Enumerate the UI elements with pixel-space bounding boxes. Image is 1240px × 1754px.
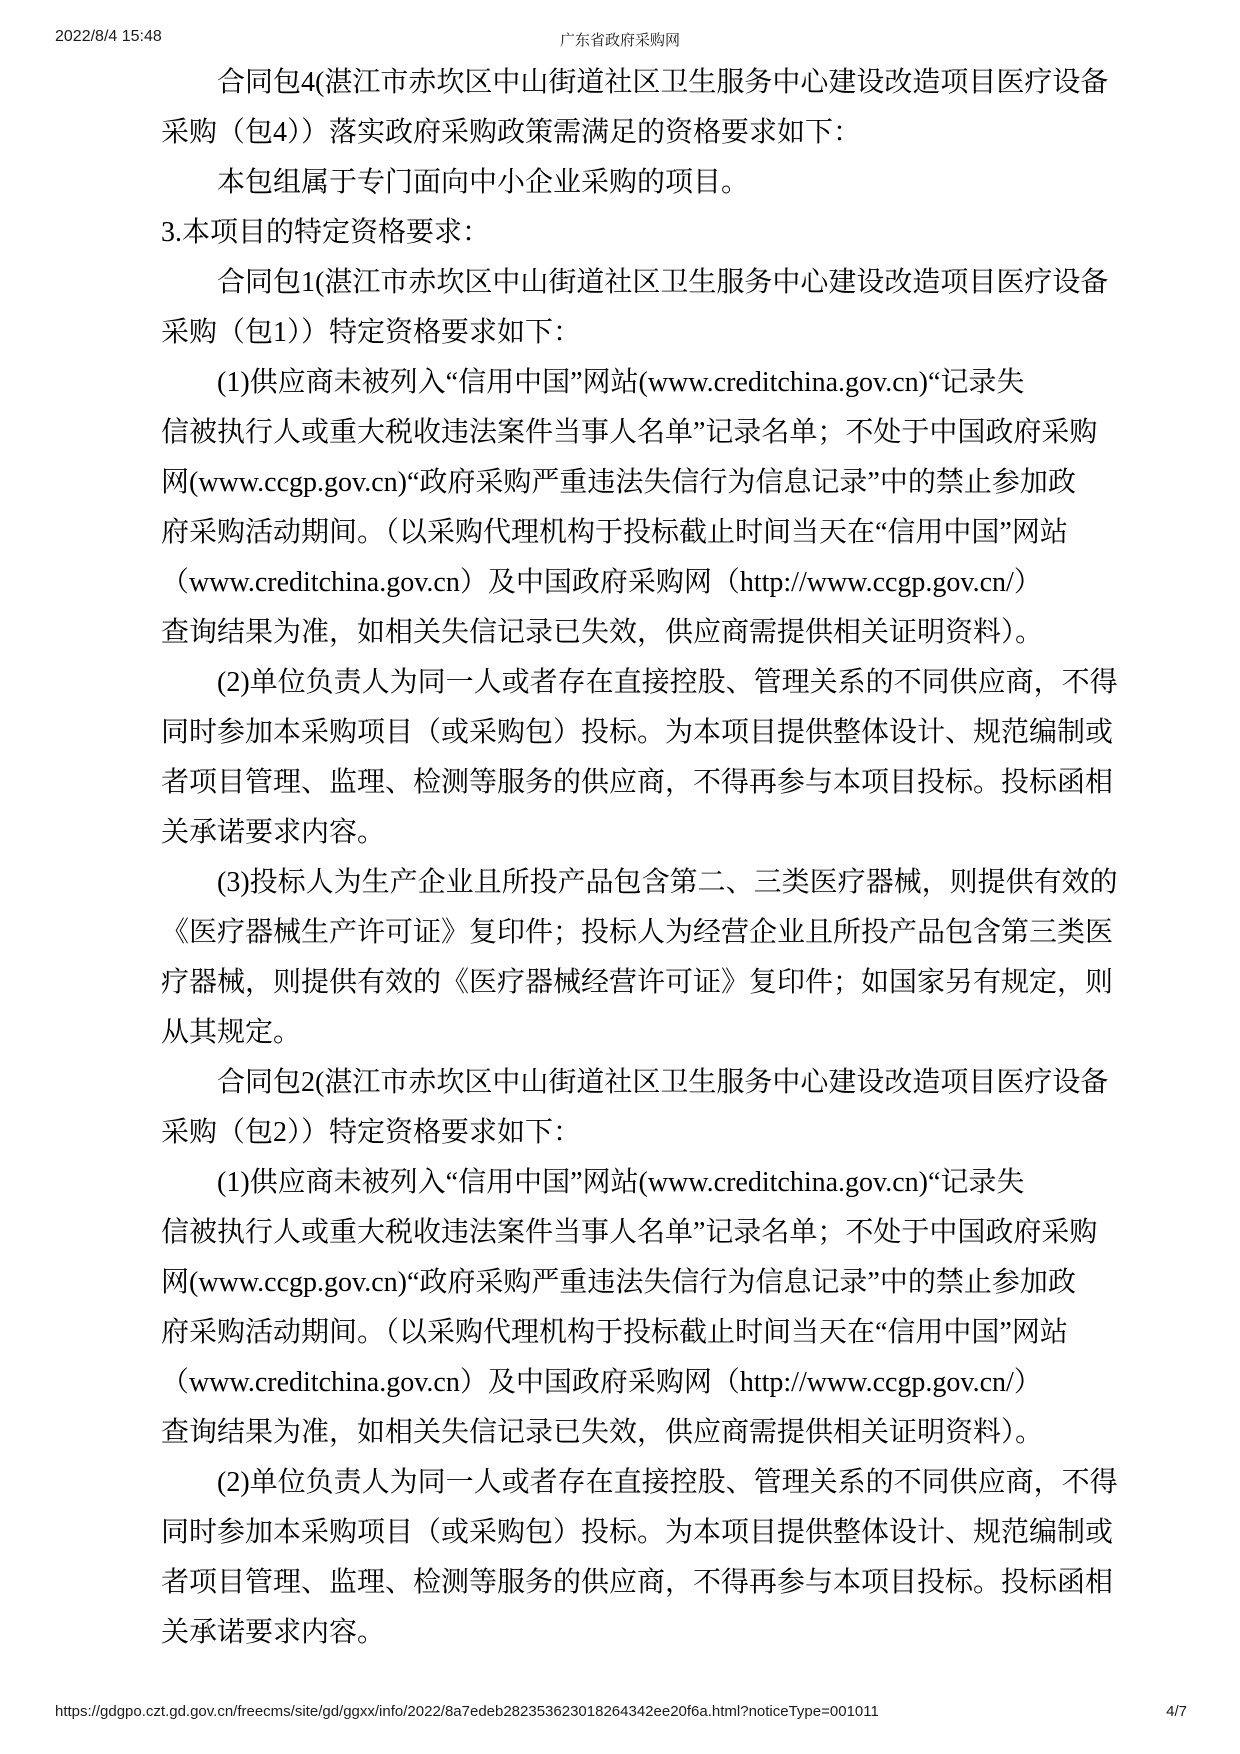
document-line: 3.本项目的特定资格要求： [161,208,1111,258]
source-url: https://gdgpo.czt.gd.gov.cn/freecms/site… [55,1703,879,1720]
document-line: 网(www.ccgp.gov.cn)“政府采购严重违法失信行为信息记录”中的禁止… [161,458,1111,508]
document-line: 府采购活动期间。（以采购代理机构于投标截止时间当天在“信用中国”网站 [161,508,1111,558]
document-line: 查询结果为准，如相关失信记录已失效，供应商需提供相关证明资料）。 [161,608,1111,658]
document-line: 合同包4(湛江市赤坎区中山街道社区卫生服务中心建设改造项目医疗设备 [161,58,1111,108]
document-body: 合同包4(湛江市赤坎区中山街道社区卫生服务中心建设改造项目医疗设备采购（包4））… [161,58,1111,1658]
document-line: (2)单位负责人为同一人或者存在直接控股、管理关系的不同供应商，不得 [161,658,1111,708]
document-line: 采购（包4））落实政府采购政策需满足的资格要求如下： [161,108,1111,158]
document-line: (2)单位负责人为同一人或者存在直接控股、管理关系的不同供应商，不得 [161,1458,1111,1508]
document-line: 查询结果为准，如相关失信记录已失效，供应商需提供相关证明资料）。 [161,1408,1111,1458]
document-line: (3)投标人为生产企业且所投产品包含第二、三类医疗器械，则提供有效的 [161,858,1111,908]
document-line: 疗器械，则提供有效的《医疗器械经营许可证》复印件；如国家另有规定，则 [161,958,1111,1008]
document-line: 从其规定。 [161,1008,1111,1058]
document-line: 者项目管理、监理、检测等服务的供应商，不得再参与本项目投标。投标函相 [161,1558,1111,1608]
document-line: (1)供应商未被列入“信用中国”网站(www.creditchina.gov.c… [161,358,1111,408]
document-line: （www.creditchina.gov.cn）及中国政府采购网（http://… [161,1358,1111,1408]
document-line: 合同包1(湛江市赤坎区中山街道社区卫生服务中心建设改造项目医疗设备 [161,258,1111,308]
document-line: 信被执行人或重大税收违法案件当事人名单”记录名单；不处于中国政府采购 [161,408,1111,458]
document-line: 者项目管理、监理、检测等服务的供应商，不得再参与本项目投标。投标函相 [161,758,1111,808]
document-line: 关承诺要求内容。 [161,808,1111,858]
document-line: (1)供应商未被列入“信用中国”网站(www.creditchina.gov.c… [161,1158,1111,1208]
site-title: 广东省政府采购网 [0,29,1240,50]
document-line: （www.creditchina.gov.cn）及中国政府采购网（http://… [161,558,1111,608]
print-header: 2022/8/4 15:48 广东省政府采购网 [0,28,1240,50]
print-footer: https://gdgpo.czt.gd.gov.cn/freecms/site… [55,1703,1187,1723]
page-number: 4/7 [1166,1703,1187,1720]
document-line: 采购（包2））特定资格要求如下： [161,1108,1111,1158]
document-line: 信被执行人或重大税收违法案件当事人名单”记录名单；不处于中国政府采购 [161,1208,1111,1258]
document-line: 网(www.ccgp.gov.cn)“政府采购严重违法失信行为信息记录”中的禁止… [161,1258,1111,1308]
document-line: 府采购活动期间。（以采购代理机构于投标截止时间当天在“信用中国”网站 [161,1308,1111,1358]
document-line: 本包组属于专门面向中小企业采购的项目。 [161,158,1111,208]
document-line: 《医疗器械生产许可证》复印件；投标人为经营企业且所投产品包含第三类医 [161,908,1111,958]
document-line: 合同包2(湛江市赤坎区中山街道社区卫生服务中心建设改造项目医疗设备 [161,1058,1111,1108]
document-line: 关承诺要求内容。 [161,1608,1111,1658]
document-line: 采购（包1））特定资格要求如下： [161,308,1111,358]
document-line: 同时参加本采购项目（或采购包）投标。为本项目提供整体设计、规范编制或 [161,708,1111,758]
document-line: 同时参加本采购项目（或采购包）投标。为本项目提供整体设计、规范编制或 [161,1508,1111,1558]
